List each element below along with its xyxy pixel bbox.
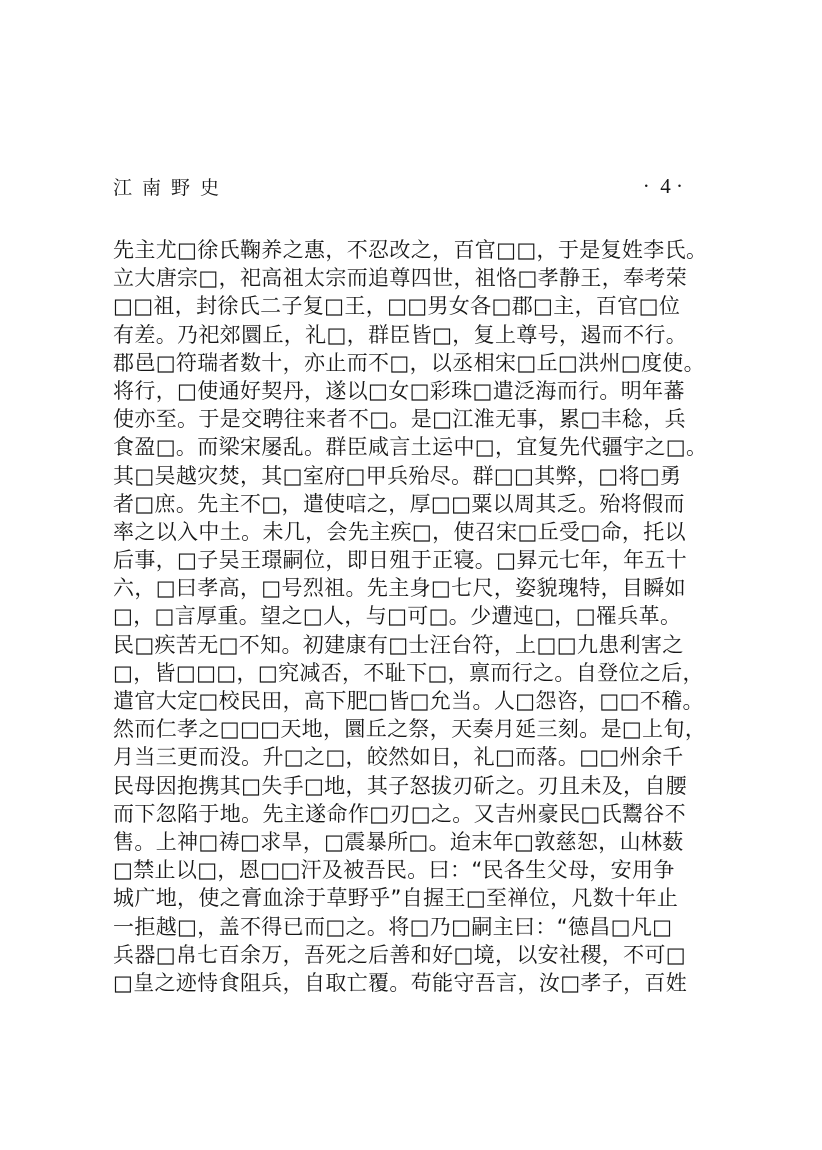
text-line: 售。上神□祷□求旱，□震暴所□。迨末年□敦慈恕，山林薮 xyxy=(113,828,713,856)
text-line: 率之以入中土。未几，会先主疾□，使召宋□丘受□命，托以 xyxy=(113,518,713,546)
text-line: 遣官大定□校民田，高下肥□皆□允当。人□怨咨，□□不稽。 xyxy=(113,687,713,715)
text-line: 其□吴越灾焚，其□室府□甲兵殆尽。群□□其弊，□将□勇 xyxy=(113,462,713,490)
document-page: 江南野史 · 4 · 先主尤□徐氏鞠养之惠，不忍改之，百官□□，于是复姓李氏。 … xyxy=(0,0,822,1150)
text-line: 将行，□使通好契丹，遂以□女□彩珠□遣泛海而行。明年蕃 xyxy=(113,377,713,405)
text-line: 而下忽陷于地。先主遂命作□刃□之。又吉州豪民□氏鬻谷不 xyxy=(113,800,713,828)
text-line: 然而仁孝之□□□天地，圜丘之祭，天奏月延三刻。是□上旬， xyxy=(113,715,713,743)
text-line: 民□疾苦无□不知。初建康有□士汪台符，上□□九患利害之 xyxy=(113,631,713,659)
page-number: · 4 · xyxy=(643,173,710,199)
text-line: 城广地，使之膏血涂于草野乎”自握王□至禅位，凡数十年止 xyxy=(113,884,713,912)
text-line: □皇之迹恃食阻兵，自取亡覆。苟能守吾言，汝□孝子，百姓 xyxy=(113,969,713,997)
text-line: □□祖，封徐氏二子复□王，□□男女各□郡□主，百官□位 xyxy=(113,292,713,320)
text-line: 者□庶。先主不□，遣使唁之，厚□□粟以周其乏。殆将假而 xyxy=(113,490,713,518)
text-line: 食盈□。而梁宋屡乱。群臣咸言土运中□，宜复先代疆宇之□。 xyxy=(113,433,713,461)
text-line: 一拒越□，盖不得已而□之。将□乃□嗣主曰：“德昌□凡□ xyxy=(113,913,713,941)
text-line: 有差。乃祀郊圜丘，礼□，群臣皆□，复上尊号，遏而不行。 xyxy=(113,321,713,349)
text-line: 立大唐宗□，祀高祖太宗而追尊四世，祖恪□孝静王，奉考荣 xyxy=(113,264,713,292)
text-line: □，皆□□□，□究减否，不耻下□，禀而行之。自登位之后， xyxy=(113,659,713,687)
text-line: 兵器□帛七百余万，吾死之后善和好□境，以安社稷，不可□ xyxy=(113,941,713,969)
page-header: 江南野史 · 4 · xyxy=(113,173,710,200)
text-line: 六，□曰孝高，□号烈祖。先主身□七尺，姿貌瑰特，目瞬如 xyxy=(113,574,713,602)
text-line: 后事，□子吴王璟嗣位，即日殂于正寝。□昪元七年，年五十 xyxy=(113,546,713,574)
text-line: □，□言厚重。望之□人，与□可□。少遭迍□，□罹兵革。 xyxy=(113,602,713,630)
text-line: □禁止以□，恩□□汗及被吾民。曰：“民各生父母，安用争 xyxy=(113,856,713,884)
text-line: 月当三更而没。升□之□，皎然如日，礼□而落。□□州余千 xyxy=(113,743,713,771)
body-text: 先主尤□徐氏鞠养之惠，不忍改之，百官□□，于是复姓李氏。 立大唐宗□，祀高祖太宗… xyxy=(113,236,713,997)
text-line: 郡邑□符瑞者数十，亦止而不□，以丞相宋□丘□洪州□度使。 xyxy=(113,349,713,377)
text-line: 先主尤□徐氏鞠养之惠，不忍改之，百官□□，于是复姓李氏。 xyxy=(113,236,713,264)
text-line: 民母因抱携其□失手□地，其子怒拔刃斫之。刃且未及，自腰 xyxy=(113,772,713,800)
text-line: 使亦至。于是交聘往来者不□。是□江淮无事，累□丰稔，兵 xyxy=(113,405,713,433)
book-title: 江南野史 xyxy=(113,173,229,200)
